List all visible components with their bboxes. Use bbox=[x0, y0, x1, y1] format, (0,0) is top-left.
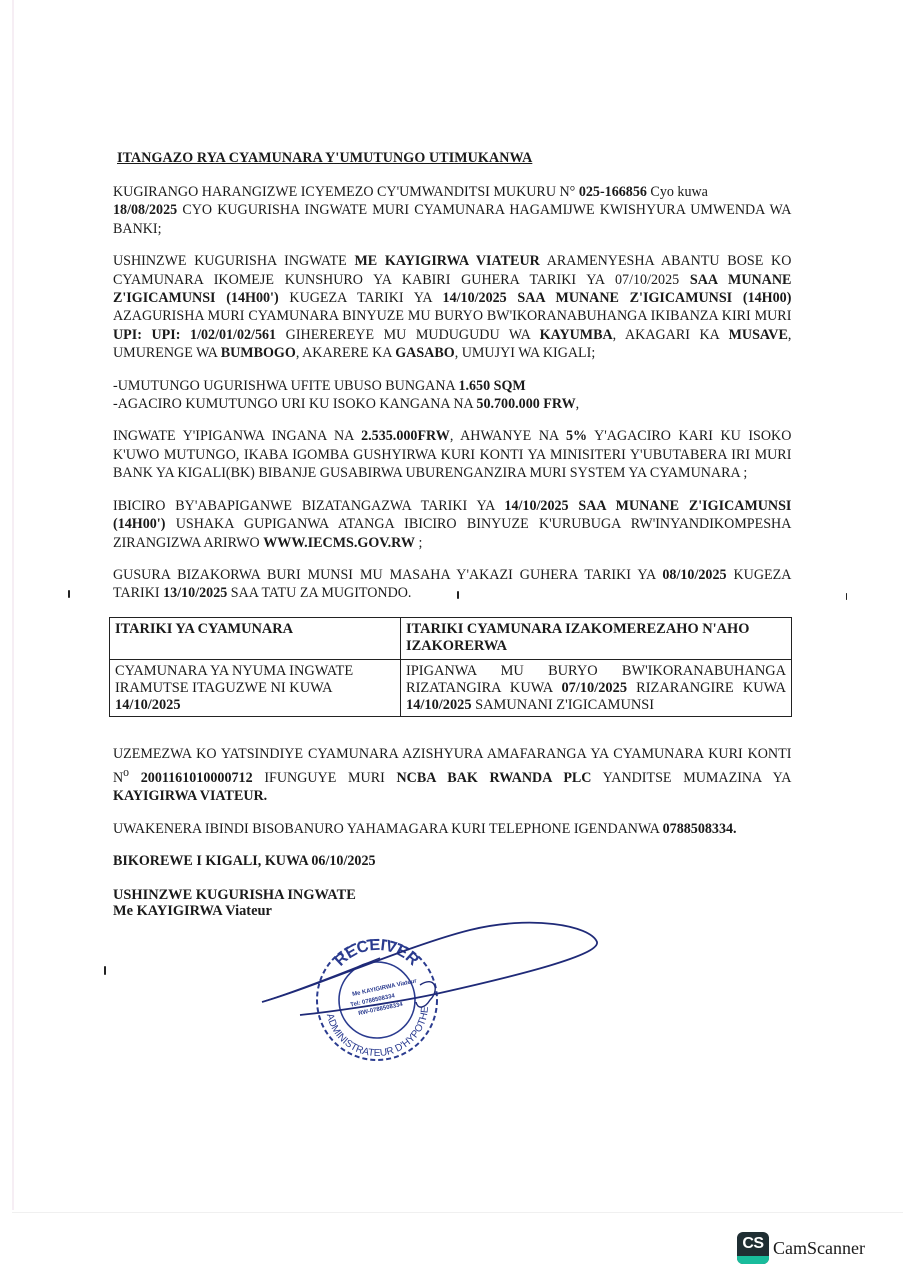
camscanner-logo-icon: CS bbox=[737, 1232, 769, 1264]
property-value: -AGACIRO KUMUTUNGO URI KU ISOKO KANGANA … bbox=[113, 395, 791, 413]
signature-block: USHINZWE KUGURISHA INGWATE Me KAYIGIRWA … bbox=[113, 887, 792, 919]
bank-name: NCBA BAK RWANDA PLC bbox=[396, 770, 591, 786]
camscanner-watermark: CamScanner bbox=[773, 1238, 865, 1259]
auction-dates-table: ITARIKI YA CYAMUNARA ITARIKI CYAMUNARA I… bbox=[109, 617, 792, 717]
paragraph-payment: UZEMEZWA KO YATSINDIYE CYAMUNARA AZISHYU… bbox=[113, 745, 791, 806]
scan-artifact-mark bbox=[457, 591, 459, 599]
receiver-stamp: RECEIVER ADMINISTRATEUR D'HYPOTHEQUES Me… bbox=[312, 935, 442, 1065]
paragraph-court-order: KUGIRANGO HARANGIZWE ICYEMEZO CY'UMWANDI… bbox=[113, 183, 791, 238]
iecms-link: WWW.IECMS.GOV.RW bbox=[263, 535, 415, 551]
order-number: 025-166856 bbox=[579, 184, 647, 200]
place-and-date: BIKOREWE I KIGALI, KUWA 06/10/2025 bbox=[113, 852, 791, 870]
stamp-top-text: RECEIVER bbox=[332, 937, 422, 970]
upi-number: UPI: UPI: 1/02/01/02/561 bbox=[113, 327, 276, 343]
receiver-name: ME KAYIGIRWA VIATEUR bbox=[354, 253, 539, 269]
paragraph-contact: UWAKENERA IBINDI BISOBANURO YAHAMAGARA K… bbox=[113, 820, 791, 838]
paragraph-bid-guarantee: INGWATE Y'IPIGANWA INGANA NA 2.535.000FR… bbox=[113, 427, 791, 482]
document-title: ITANGAZO RYA CYAMUNARA Y'UMUTUNGO UTIMUK… bbox=[117, 150, 772, 167]
paragraph-auction-announcement: USHINZWE KUGURISHA INGWATE ME KAYIGIRWA … bbox=[113, 252, 791, 362]
signature-title: USHINZWE KUGURISHA INGWATE bbox=[113, 887, 792, 903]
table-header-row: ITARIKI YA CYAMUNARA ITARIKI CYAMUNARA I… bbox=[110, 617, 792, 659]
table-row: CYAMUNARA YA NYUMA INGWATE IRAMUTSE ITAG… bbox=[110, 659, 792, 716]
signatory-name: Me KAYIGIRWA Viateur bbox=[113, 903, 792, 919]
phone-number: 0788508334. bbox=[663, 821, 737, 837]
scan-artifact-mark bbox=[104, 966, 106, 975]
paragraph-visits: GUSURA BIZAKORWA BURI MUNSI MU MASAHA Y'… bbox=[113, 566, 791, 603]
auction-notice-document: ITANGAZO RYA CYAMUNARA Y'UMUTUNGO UTIMUK… bbox=[113, 150, 792, 919]
table-header: ITARIKI YA CYAMUNARA bbox=[110, 617, 401, 659]
page-edge-shadow bbox=[12, 0, 14, 1210]
paragraph-bid-results: IBICIRO BY'ABAPIGANWE BIZATANGAZWA TARIK… bbox=[113, 497, 791, 552]
scan-artifact-mark bbox=[68, 590, 70, 598]
order-date: 18/08/2025 bbox=[113, 202, 177, 218]
table-cell: CYAMUNARA YA NYUMA INGWATE IRAMUTSE ITAG… bbox=[110, 659, 401, 716]
property-size: -UMUTUNGO UGURISHWA UFITE UBUSO BUNGANA … bbox=[113, 377, 791, 395]
page-bottom-edge bbox=[12, 1212, 903, 1213]
account-number: 2001161010000712 bbox=[129, 770, 253, 786]
scan-artifact-mark bbox=[846, 593, 847, 600]
table-cell: IPIGANWA MU BURYO BW'IKORANABUHANGA RIZA… bbox=[401, 659, 792, 716]
table-header: ITARIKI CYAMUNARA IZAKOMEREZAHO N'AHO IZ… bbox=[401, 617, 792, 659]
